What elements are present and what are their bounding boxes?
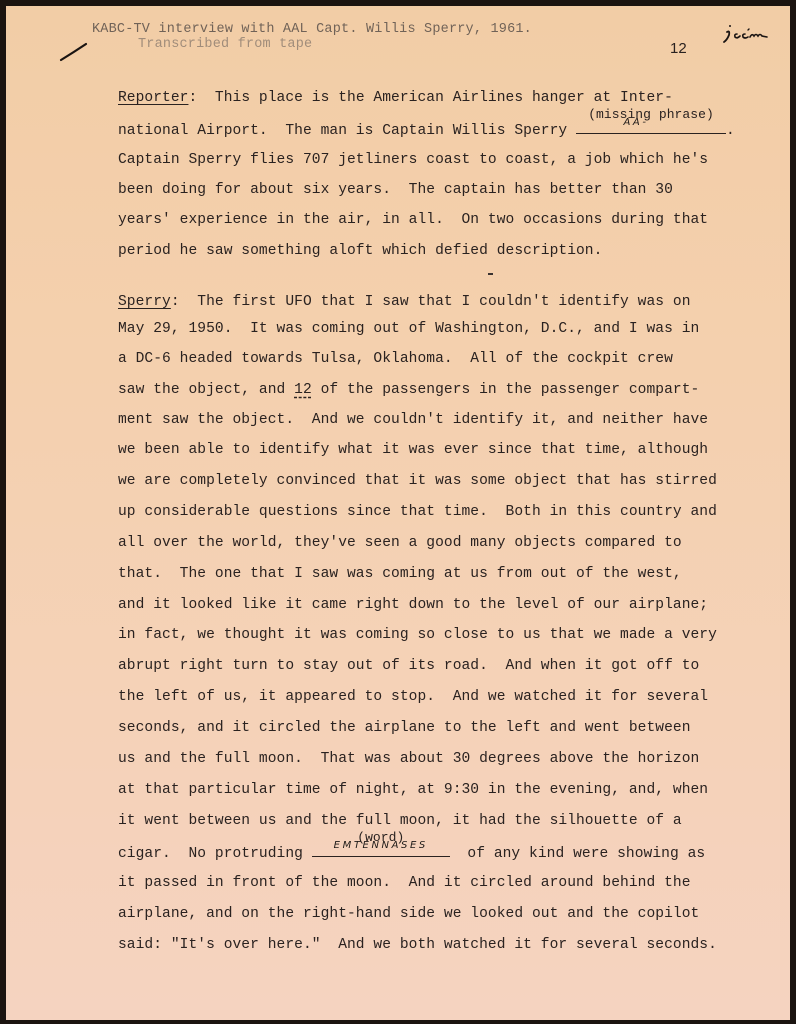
header-title: KABC-TV interview with AAL Capt. Willis … bbox=[92, 22, 532, 37]
handwritten-fill: EMTENNASES bbox=[334, 836, 428, 856]
document-header: KABC-TV interview with AAL Capt. Willis … bbox=[92, 22, 532, 52]
missing-phrase-blank: (missing phrase)AA- bbox=[576, 119, 726, 134]
page-number: 12 bbox=[670, 40, 687, 57]
transcript-line: ment saw the object. And we couldn't ide… bbox=[118, 410, 708, 430]
transcript-line: said: "It's over here." And we both watc… bbox=[118, 935, 717, 955]
transcript-line: at that particular time of night, at 9:3… bbox=[118, 780, 708, 800]
transcript-line: cigar. No protruding (word)EMTENNASES of… bbox=[118, 842, 705, 862]
transcript-line: that. The one that I saw was coming at u… bbox=[118, 564, 682, 584]
transcript-line: it passed in front of the moon. And it c… bbox=[118, 873, 691, 893]
speaker-label-sperry: Sperry bbox=[118, 294, 171, 310]
missing-phrase-note: (missing phrase) bbox=[588, 105, 714, 125]
transcript-page: KABC-TV interview with AAL Capt. Willis … bbox=[6, 6, 790, 1020]
transcript-line: we been able to identify what it was eve… bbox=[118, 440, 708, 460]
stray-dash-mark bbox=[488, 273, 493, 275]
transcript-line: up considerable questions since that tim… bbox=[118, 502, 717, 522]
transcript-line: May 29, 1950. It was coming out of Washi… bbox=[118, 319, 699, 339]
underlined-number: 12 bbox=[294, 382, 312, 398]
transcript-line: we are completely convinced that it was … bbox=[118, 471, 717, 491]
transcript-line: in fact, we thought it was coming so clo… bbox=[118, 625, 717, 645]
transcript-line: saw the object, and 12 of the passengers… bbox=[118, 380, 699, 400]
transcript-line: seconds, and it circled the airplane to … bbox=[118, 718, 691, 738]
handwritten-initials: jcm bbox=[721, 22, 771, 48]
transcript-line: national Airport. The man is Captain Wil… bbox=[118, 119, 735, 139]
transcript-line: years' experience in the air, in all. On… bbox=[118, 210, 708, 230]
transcript-line: Captain Sperry flies 707 jetliners coast… bbox=[118, 150, 708, 170]
speaker-label-reporter: Reporter bbox=[118, 90, 188, 106]
transcript-line: the left of us, it appeared to stop. And… bbox=[118, 687, 708, 707]
transcript-line: Sperry: The first UFO that I saw that I … bbox=[118, 292, 691, 312]
transcript-line: been doing for about six years. The capt… bbox=[118, 180, 673, 200]
transcript-line: period he saw something aloft which defi… bbox=[118, 241, 602, 261]
transcript-line: all over the world, they've seen a good … bbox=[118, 533, 682, 553]
header-subtitle: Transcribed from tape bbox=[92, 37, 312, 52]
transcript-line: a DC-6 headed towards Tulsa, Oklahoma. A… bbox=[118, 349, 673, 369]
pen-stroke-mark bbox=[56, 36, 96, 66]
handwritten-fill: AA- bbox=[623, 113, 648, 133]
transcript-line: and it looked like it came right down to… bbox=[118, 595, 708, 615]
missing-word-blank: (word)EMTENNASES bbox=[312, 842, 450, 857]
transcript-line: airplane, and on the right-hand side we … bbox=[118, 904, 699, 924]
transcript-line: abrupt right turn to stay out of its roa… bbox=[118, 656, 699, 676]
transcript-line: us and the full moon. That was about 30 … bbox=[118, 749, 699, 769]
